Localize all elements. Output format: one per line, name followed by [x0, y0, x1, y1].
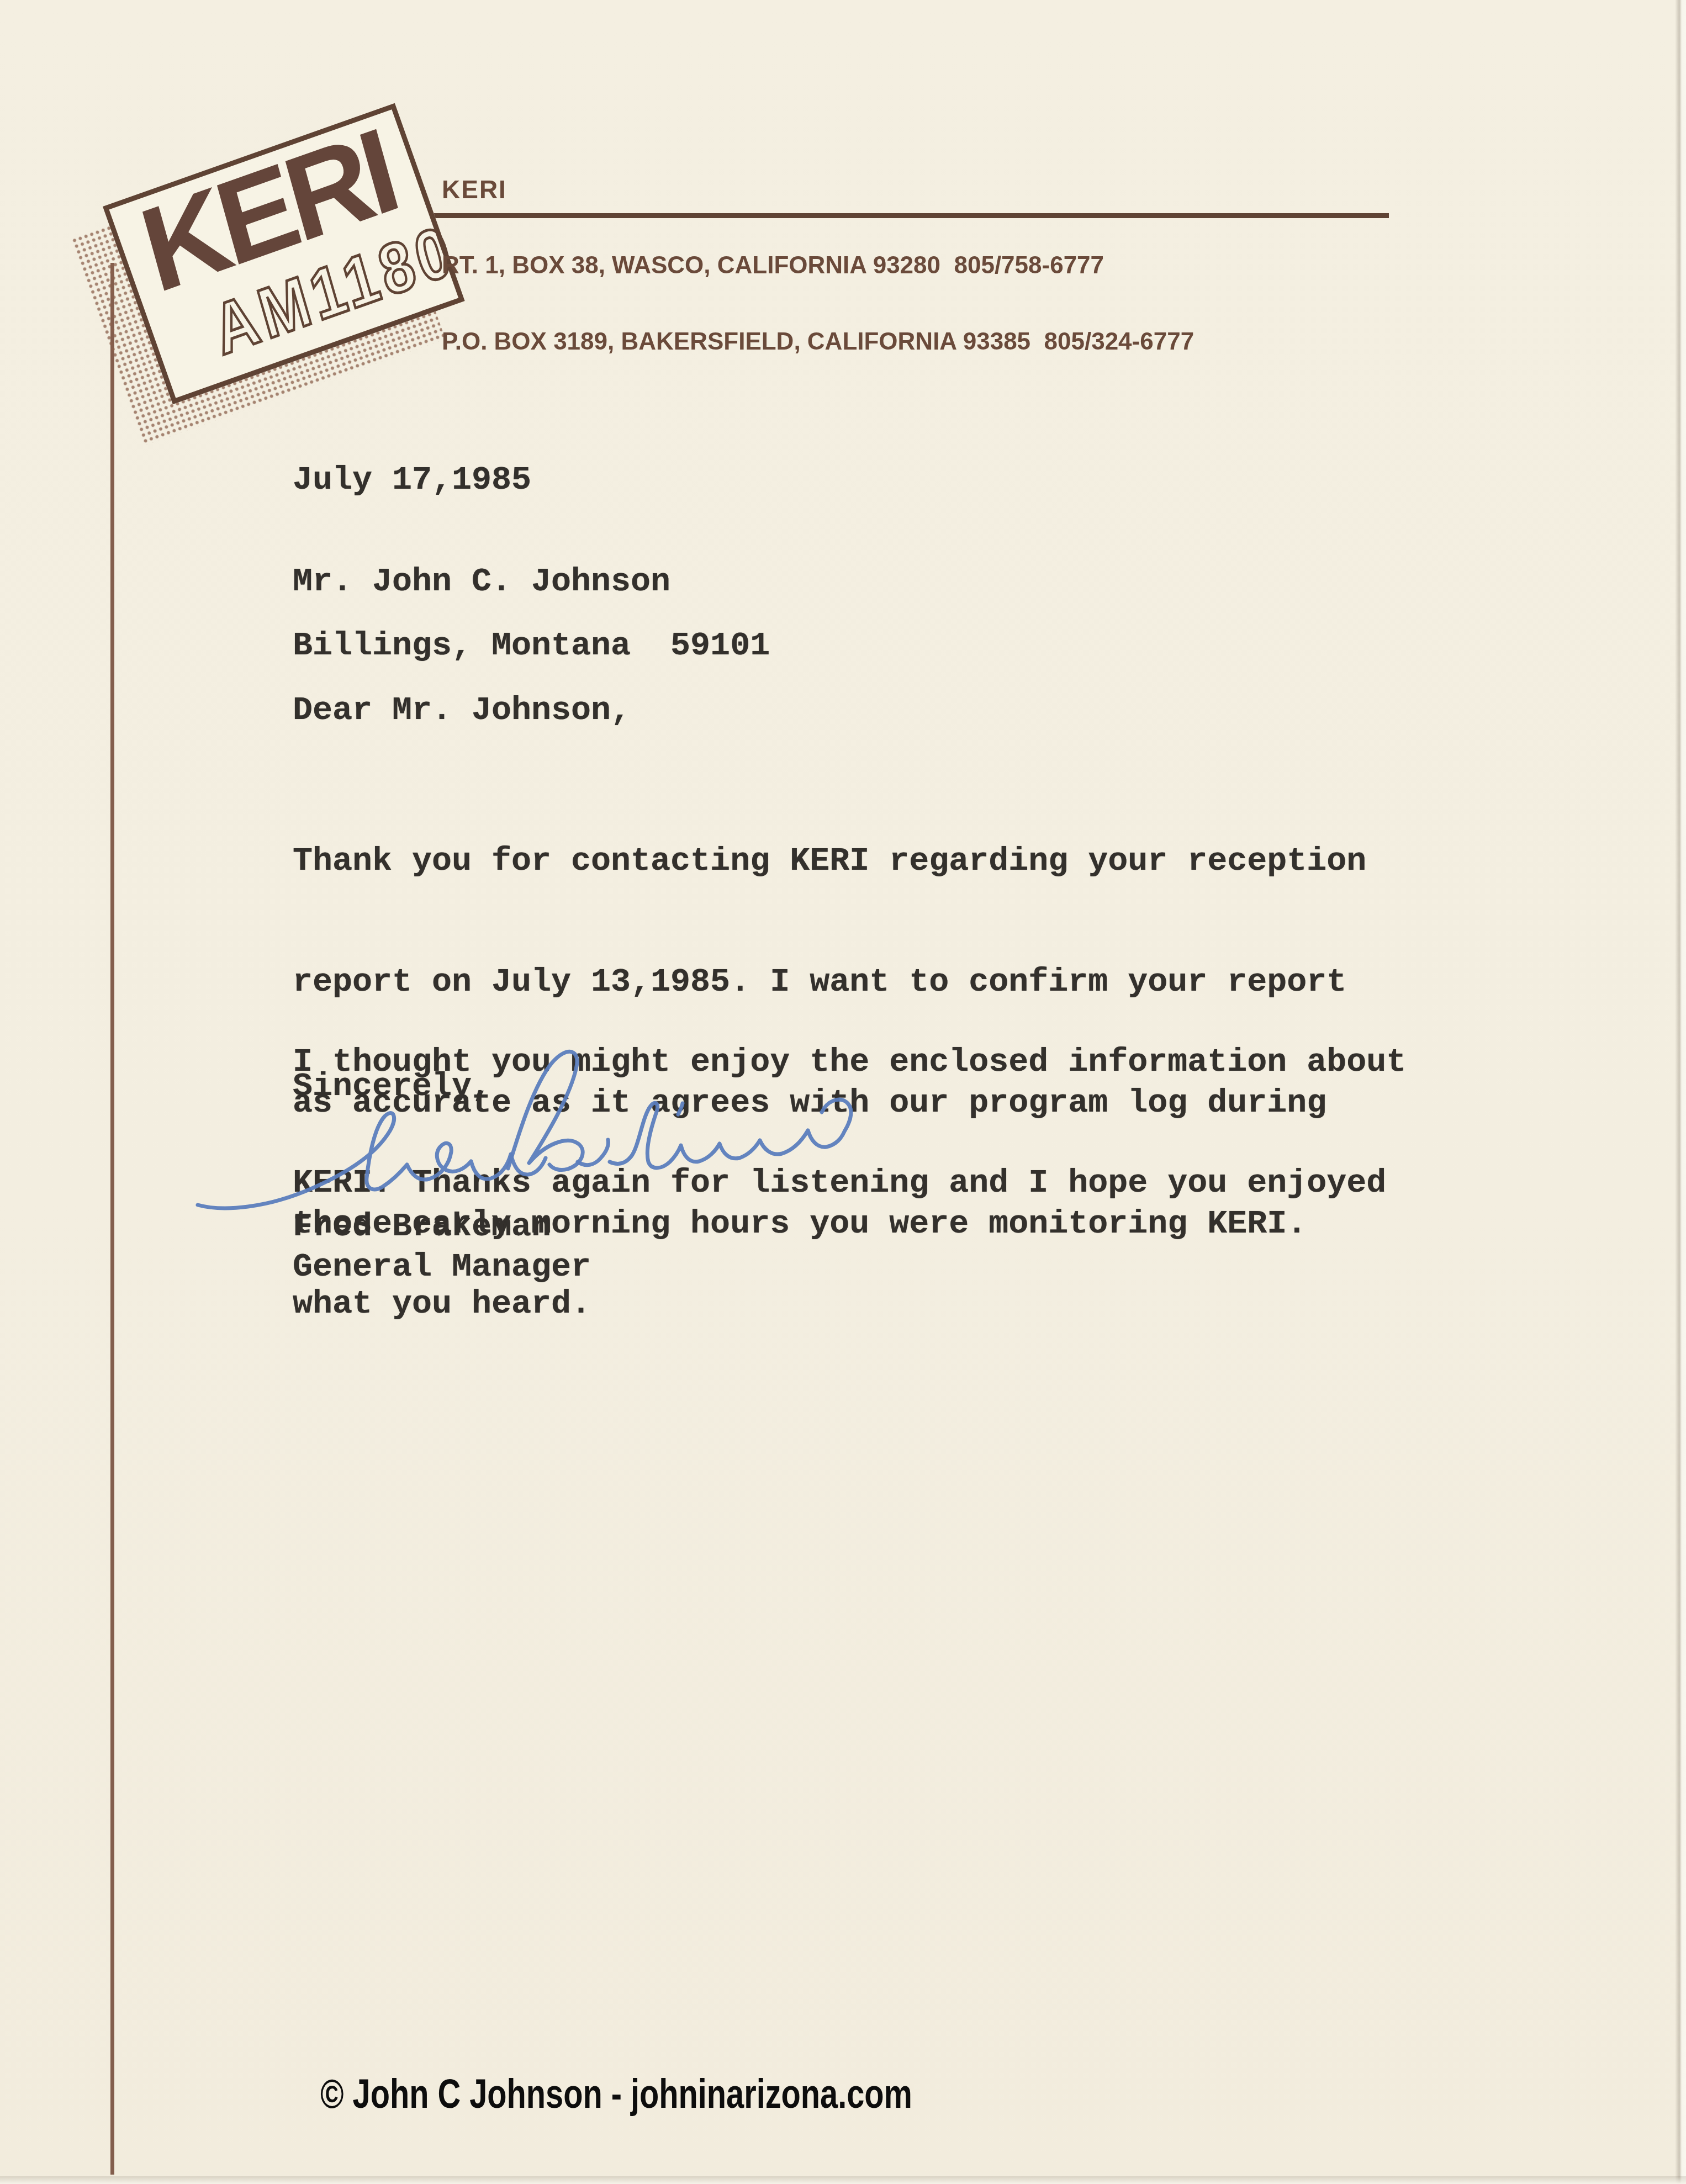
scan-edge-bottom: [0, 2176, 1686, 2184]
signature-stroke-b-loop: [508, 1051, 583, 1170]
signature-stroke-tick: [678, 1103, 683, 1114]
letterhead-address-line1: RT. 1, BOX 38, WASCO, CALIFORNIA 93280 8…: [442, 253, 1194, 278]
signer-title: General Manager: [293, 1247, 591, 1288]
letter-page: KERI AM1180 KERI RT. 1, BOX 38, WASCO, C…: [0, 0, 1686, 2184]
salutation: Dear Mr. Johnson,: [293, 691, 631, 731]
signature-stroke-akeman: [610, 1099, 851, 1168]
body-line: Thank you for contacting KERI regarding …: [293, 842, 1366, 882]
recipient-city: Billings, Montana 59101: [293, 626, 770, 667]
scan-edge-right: [1675, 0, 1686, 2184]
letterhead-station-name: KERI: [442, 177, 1194, 202]
keri-logo: KERI AM1180: [103, 103, 465, 404]
copyright-credit: © John C Johnson - johninarizona.com: [320, 2072, 912, 2116]
letterhead-address-block: KERI RT. 1, BOX 38, WASCO, CALIFORNIA 93…: [442, 126, 1194, 405]
letterhead-address-line2: P.O. BOX 3189, BAKERSFIELD, CALIFORNIA 9…: [442, 329, 1194, 355]
signature-fred-brakeman: [182, 1044, 873, 1220]
signature-stroke-fred: [198, 1113, 546, 1208]
left-margin-rule: [110, 263, 114, 2175]
body-line: what you heard.: [293, 1284, 1406, 1325]
recipient-name: Mr. John C. Johnson: [293, 562, 670, 602]
letter-date: July 17,1985: [293, 461, 531, 501]
